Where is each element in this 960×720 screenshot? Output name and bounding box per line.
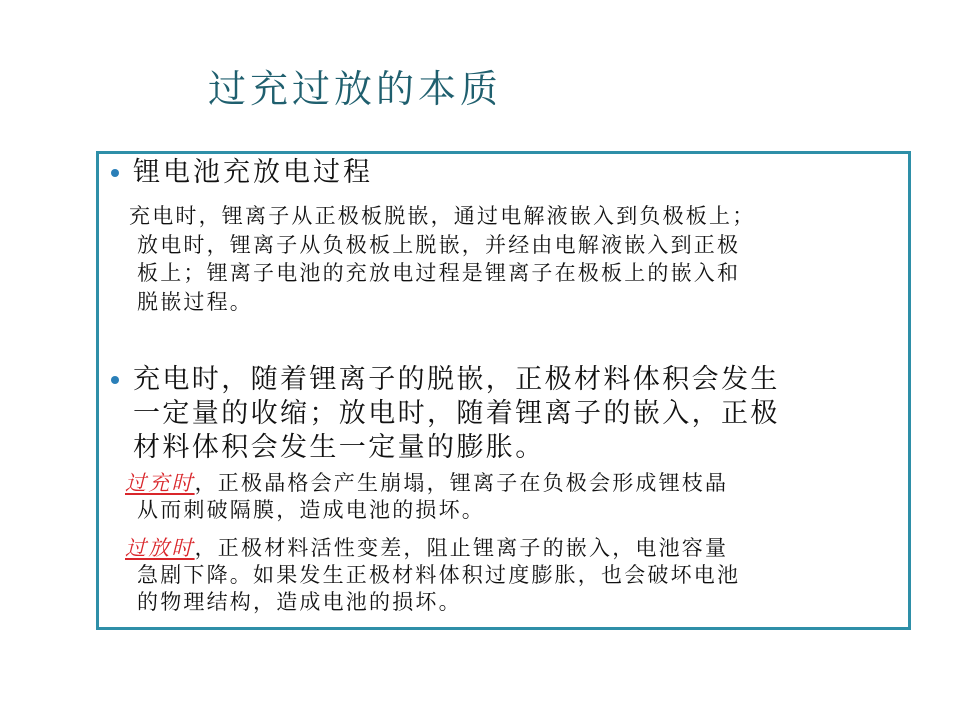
overdischarge-label: 过放时 bbox=[125, 536, 195, 560]
slide-title: 过充过放的本质 bbox=[208, 58, 502, 113]
volume-line: 充电时，随着锂离子的脱嵌，正极材料体积会发生 bbox=[133, 363, 780, 397]
overcharge-note: 过充时，正极晶格会产生崩塌，锂离子在负极会形成锂枝晶 从而刺破隔膜，造成电池的损… bbox=[125, 470, 728, 524]
overdischarge-text-line2: 急剧下降。如果发生正极材料体积过度膨胀，也会破坏电池 bbox=[125, 562, 740, 589]
overcharge-label: 过充时 bbox=[125, 471, 195, 495]
volume-text: 充电时，随着锂离子的脱嵌，正极材料体积会发生 一定量的收缩；放电时，随着锂离子的… bbox=[133, 363, 780, 465]
overcharge-text: ，正极晶格会产生崩塌，锂离子在负极会形成锂枝晶 bbox=[195, 471, 729, 495]
volume-line: 材料体积会发生一定量的膨胀。 bbox=[133, 431, 780, 465]
overdischarge-text: ，正极材料活性变差，阻止锂离子的嵌入，电池容量 bbox=[195, 536, 729, 560]
content-box: 锂电池充放电过程 充电时，锂离子从正极板脱嵌，通过电解液嵌入到负极板上； 放电时… bbox=[96, 151, 911, 630]
paragraph-line: 板上；锂离子电池的充放电过程是锂离子在极板上的嵌入和 bbox=[129, 259, 904, 288]
overdischarge-note: 过放时，正极材料活性变差，阻止锂离子的嵌入，电池容量 急剧下降。如果发生正极材料… bbox=[125, 535, 740, 616]
process-paragraph: 充电时，锂离子从正极板脱嵌，通过电解液嵌入到负极板上； 放电时，锂离子从负极板上… bbox=[129, 202, 904, 316]
paragraph-line: 放电时，锂离子从负极板上脱嵌，并经由电解液嵌入到正极 bbox=[129, 231, 904, 260]
bullet-dot-icon bbox=[111, 376, 119, 384]
volume-line: 一定量的收缩；放电时，随着锂离子的嵌入，正极 bbox=[133, 397, 780, 431]
overcharge-text-line2: 从而刺破隔膜，造成电池的损坏。 bbox=[125, 497, 728, 524]
bullet-item-volume: 充电时，随着锂离子的脱嵌，正极材料体积会发生 一定量的收缩；放电时，随着锂离子的… bbox=[111, 363, 780, 465]
paragraph-line: 充电时，锂离子从正极板脱嵌，通过电解液嵌入到负极板上； bbox=[129, 202, 904, 231]
paragraph-line: 脱嵌过程。 bbox=[129, 288, 904, 317]
bullet-item-process: 锂电池充放电过程 bbox=[111, 156, 373, 190]
bullet-heading: 锂电池充放电过程 bbox=[133, 156, 373, 190]
bullet-dot-icon bbox=[111, 169, 119, 177]
overdischarge-text-line3: 的物理结构，造成电池的损坏。 bbox=[125, 589, 740, 616]
